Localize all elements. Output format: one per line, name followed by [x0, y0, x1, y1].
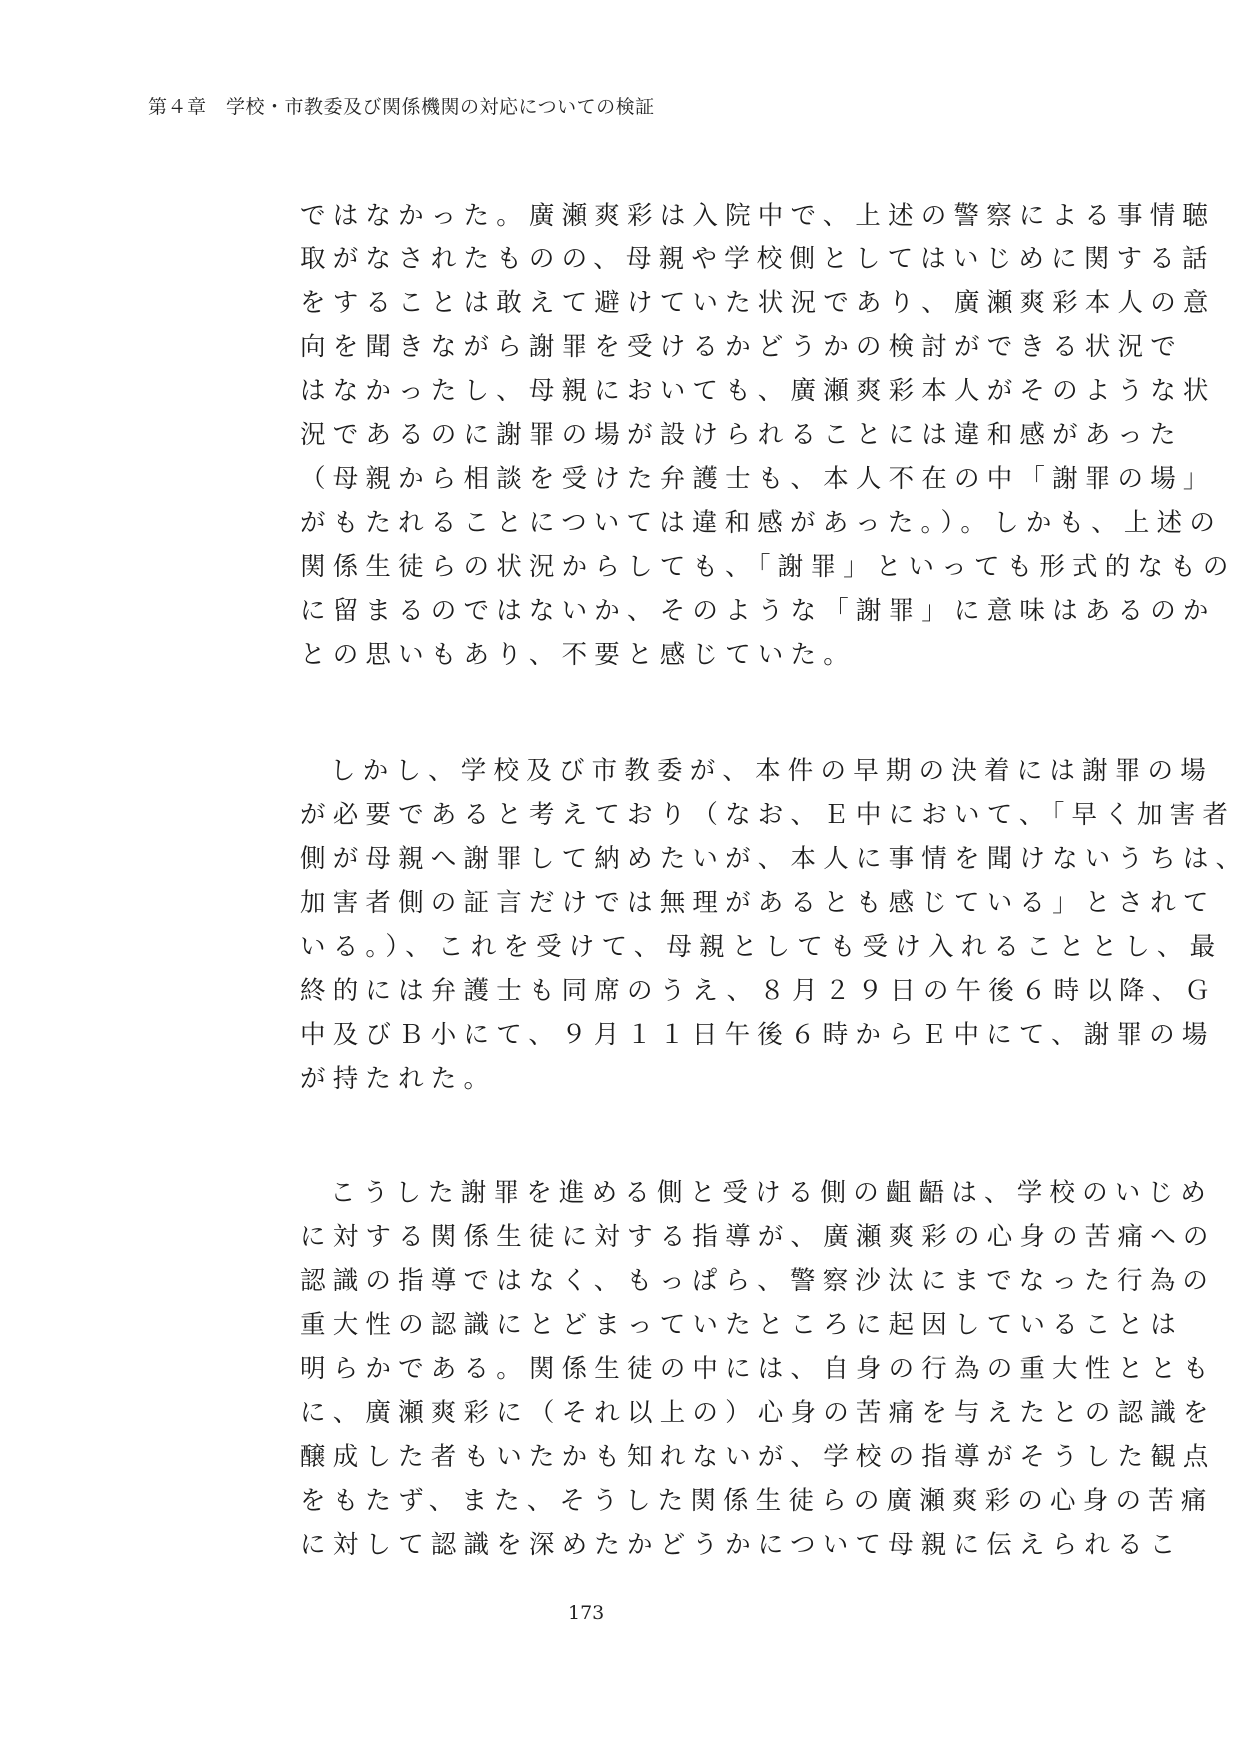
text-line: 明らかである。関係生徒の中には、自身の行為の重大性ととも [300, 1353, 1216, 1385]
text-line: 側が母親へ謝罪して納めたいが、本人に事情を聞けないうちは、 [300, 843, 1239, 875]
document-page: 第４章 学校・市教委及び関係機関の対応についての検証 ではなかった。廣瀬爽彩は入… [0, 0, 1239, 1754]
text-line: が持たれた。 [300, 1063, 496, 1095]
running-header: 第４章 学校・市教委及び関係機関の対応についての検証 [148, 92, 655, 119]
text-line: が必要であると考えており（なお、Ｅ中において、「早く加害者 [300, 799, 1235, 831]
text-line: に、廣瀬爽彩に（それ以上の）心身の苦痛を与えたとの認識を [300, 1397, 1216, 1429]
text-line: 醸成した者もいたかも知れないが、学校の指導がそうした観点 [300, 1441, 1216, 1473]
text-line: いる。）、これを受けて、母親としても受け入れることとし、最 [300, 931, 1222, 963]
text-line: 況であるのに謝罪の場が設けられることには違和感があった [300, 419, 1183, 451]
text-line: に対する関係生徒に対する指導が、廣瀬爽彩の心身の苦痛への [300, 1221, 1216, 1253]
text-line: こうした謝罪を進める側と受ける側の齟齬は、学校のいじめ [330, 1177, 1213, 1209]
text-line: 終的には弁護士も同席のうえ、８月２９日の午後６時以降、Ｇ [300, 975, 1217, 1007]
text-line: に留まるのではないか、そのような「謝罪」に意味はあるのか [300, 595, 1216, 627]
text-line: に対して認識を深めたかどうかについて母親に伝えられるこ [300, 1529, 1182, 1561]
text-line: 向を聞きながら謝罪を受けるかどうかの検討ができる状況で [300, 331, 1183, 363]
text-line: をもたず、また、そうした関係生徒らの廣瀬爽彩の心身の苦痛 [300, 1485, 1214, 1517]
text-line: 関係生徒らの状況からしても、「謝罪」といっても形式的なもの [300, 551, 1236, 583]
text-line: 加害者側の証言だけでは無理があるとも感じている」とされて [300, 887, 1216, 919]
text-line: をすることは敢えて避けていた状況であり、廣瀬爽彩本人の意 [300, 287, 1216, 319]
text-line: しかし、学校及び市教委が、本件の早期の決着には謝罪の場 [330, 755, 1213, 787]
page-number: 173 [568, 1602, 604, 1624]
text-line: 重大性の認識にとどまっていたところに起因していることは [300, 1309, 1183, 1341]
text-line: はなかったし、母親においても、廣瀬爽彩本人がそのような状 [300, 375, 1216, 407]
text-line: との思いもあり、不要と感じていた。 [300, 639, 856, 671]
text-line: ではなかった。廣瀬爽彩は入院中で、上述の警察による事情聴 [300, 200, 1215, 232]
text-line: 中及びＢ小にて、９月１１日午後６時からＥ中にて、謝罪の場 [300, 1019, 1215, 1051]
text-line: （母親から相談を受けた弁護士も、本人不在の中「謝罪の場」 [300, 463, 1216, 495]
text-line: 取がなされたものの、母親や学校側としてはいじめに関する話 [300, 243, 1215, 275]
text-line: 認識の指導ではなく、もっぱら、警察沙汰にまでなった行為の [300, 1265, 1215, 1297]
text-line: がもたれることについては違和感があった。）。しかも、上述の [300, 507, 1222, 539]
